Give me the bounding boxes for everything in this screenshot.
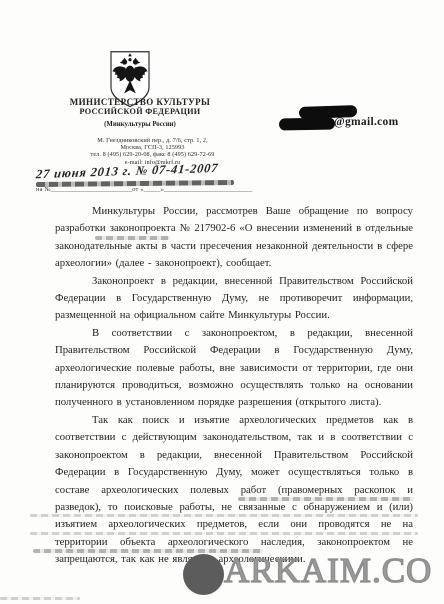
- redaction-bar-bottom: [279, 118, 335, 131]
- paragraph-3: В соответствии с законопроектом, в редак…: [55, 325, 413, 412]
- pencil-mark-bottom-left: [0, 597, 80, 600]
- ministry-name-line1: МИНИСТЕРСТВО КУЛЬТУРЫ: [25, 97, 255, 107]
- pencil-underline-line-17: [238, 497, 414, 501]
- paragraph-4: Так как поиск и изъятие археологических …: [55, 412, 413, 569]
- address-line-3: тел. 8 (495) 629-20-08, факс 8 (495) 629…: [25, 151, 280, 158]
- watermark-circle: [183, 554, 224, 595]
- ministry-short-name: (Минкультуры России): [25, 121, 255, 128]
- address-line-1: М. Гнездниковский пер., д. 7/6, стр. 1, …: [25, 137, 280, 144]
- scanned-letter-page: МИНИСТЕРСТВО КУЛЬТУРЫ РОССИЙСКОЙ ФЕДЕРАЦ…: [0, 0, 444, 604]
- recipient-email-suffix: @gmail.com: [334, 116, 398, 128]
- watermark-text: ARKAIM.CO: [224, 551, 432, 591]
- ministry-address-block: М. Гнездниковский пер., д. 7/6, стр. 1, …: [25, 137, 280, 166]
- incoming-reference-line: на №________________________от «_____»__…: [36, 186, 252, 193]
- pencil-underline-line-19: [30, 532, 418, 535]
- pencil-underline-bill-number: [95, 236, 170, 240]
- ministry-name-block: МИНИСТЕРСТВО КУЛЬТУРЫ РОССИЙСКОЙ ФЕДЕРАЦ…: [25, 97, 255, 128]
- pencil-underline-line-18: [30, 514, 418, 517]
- ministry-name-line2: РОССИЙСКОЙ ФЕДЕРАЦИИ: [25, 107, 255, 116]
- address-line-2: Москва, ГСП-3, 125993: [25, 144, 280, 151]
- paragraph-2: Законопроект в редакции, внесенной Прави…: [55, 273, 413, 325]
